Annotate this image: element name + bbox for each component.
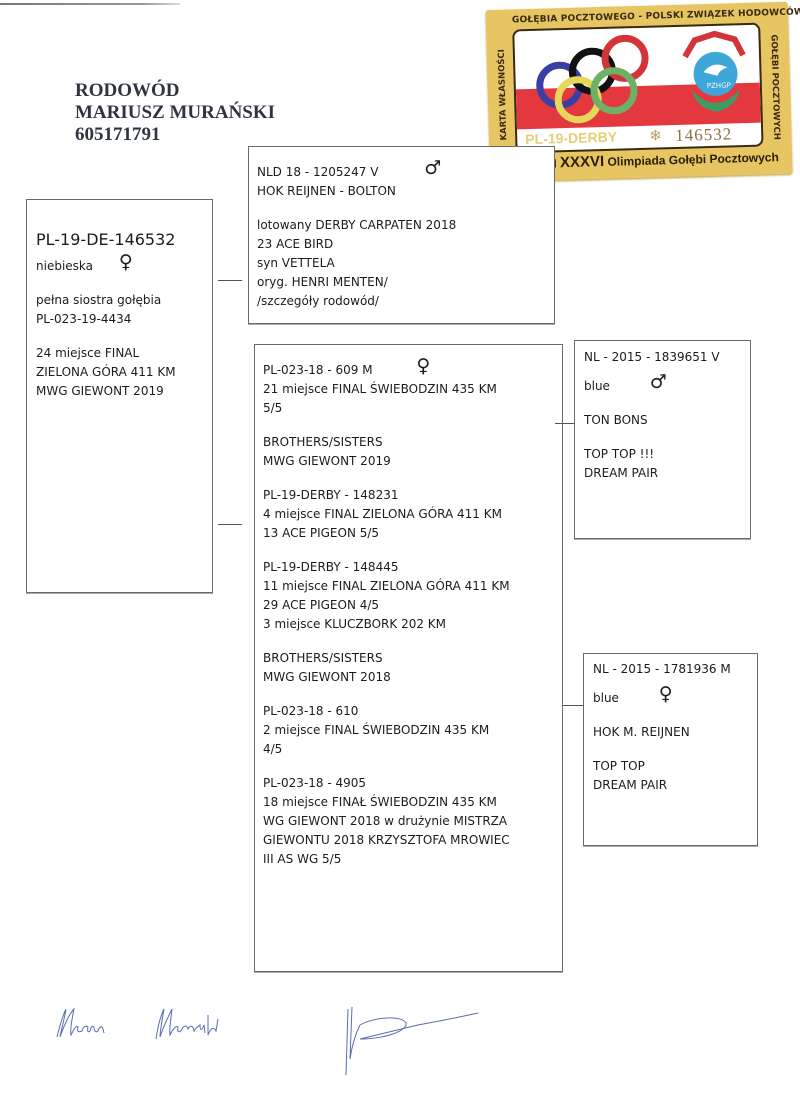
dam-sire-color-row: blue ♂ — [584, 375, 750, 396]
pigeon-box: PL-19-DE-146532 niebieska ♀ pełna siostr… — [26, 199, 213, 593]
note-line: GIEWONTU 2018 KRZYSZTOFA MROWIEC — [263, 831, 562, 850]
note-line: MWG GIEWONT 2019 — [263, 452, 562, 471]
connector-dam-dam — [563, 705, 583, 706]
note-line: MWG GIEWONT 2019 — [36, 382, 212, 401]
female-symbol-icon: ♀ — [659, 685, 673, 704]
paragraph-gap — [263, 543, 562, 558]
note-line: /szczegóły rodowód/ — [257, 292, 554, 311]
owner-name: MARIUSZ MURAŃSKI — [75, 102, 275, 124]
scan-edge-line — [0, 3, 180, 5]
note-line: oryg. HENRI MENTEN/ — [257, 273, 554, 292]
note-line: 29 ACE PIGEON 4/5 — [263, 596, 562, 615]
note-line: 2 miejsce FINAL ŚWIEBODZIN 435 KM — [263, 721, 562, 740]
note-line: ZIELONA GÓRA 411 KM — [36, 363, 212, 382]
female-symbol-icon: ♀ — [119, 253, 133, 272]
dam-box: PL-023-18 - 609 M ♀ 21 miejsce FINAL ŚWI… — [254, 344, 563, 972]
dam-dam-box: NL - 2015 - 1781936 M blue ♀ HOK M. REIJ… — [583, 653, 758, 846]
dam-sire-ring: NL - 2015 - 1839651 V — [584, 348, 750, 367]
note-line: TON BONS — [584, 411, 750, 430]
paragraph-gap — [263, 634, 562, 649]
note-line: 5/5 — [263, 399, 562, 418]
note-line: 4/5 — [263, 740, 562, 759]
card-side-right-text: GOŁĘBI POCZTOWYCH — [768, 22, 782, 152]
note-line: TOP TOP — [593, 757, 757, 776]
male-symbol-icon: ♂ — [424, 159, 441, 178]
document-header: RODOWÓD MARIUSZ MURAŃSKI 605171791 — [75, 80, 275, 146]
card-serial-number: 146532 — [675, 124, 733, 146]
dam-dam-color: blue — [593, 691, 619, 705]
note-line: DREAM PAIR — [584, 464, 750, 483]
note-line: WG GIEWONT 2018 w drużynie MISTRZA — [263, 812, 562, 831]
paragraph-gap — [263, 471, 562, 486]
card-side-left-text: KARTA WŁASNOŚCI — [496, 30, 510, 160]
note-line: 24 miejsce FINAL — [36, 344, 212, 363]
note-line: lotowany DERBY CARPATEN 2018 — [257, 216, 554, 235]
note-line: MWG GIEWONT 2018 — [263, 668, 562, 687]
sire-box: NLD 18 - 1205247 V ♂ HOK REIJNEN - BOLTO… — [248, 146, 555, 324]
dam-sire-color: blue — [584, 379, 610, 393]
male-symbol-icon: ♂ — [650, 373, 667, 392]
note-line: 13 ACE PIGEON 5/5 — [263, 524, 562, 543]
note-line: 3 miejsce KLUCZBORK 202 KM — [263, 615, 562, 634]
dam-dam-color-row: blue ♀ — [593, 687, 757, 708]
note-line: 11 miejsce FINAL ZIELONA GÓRA 411 KM — [263, 577, 562, 596]
note-line: PL-19-DERBY - 148231 — [263, 486, 562, 505]
dam-ring-row: PL-023-18 - 609 M ♀ — [263, 359, 562, 380]
connector-dam-sire — [555, 423, 574, 424]
snowflake-icon: ❄ — [649, 126, 662, 145]
card-ring-code: PL-19-DERBY — [525, 129, 617, 148]
connector-dam — [218, 524, 242, 525]
paragraph-gap — [584, 430, 750, 445]
connector-sire — [218, 280, 242, 281]
event-roman-numeral: XXXVI — [560, 153, 605, 171]
dam-ring: PL-023-18 - 609 M — [263, 363, 373, 377]
paragraph-gap — [593, 742, 757, 757]
note-line: TOP TOP !!! — [584, 445, 750, 464]
female-symbol-icon: ♀ — [416, 357, 430, 376]
pigeon-ring: PL-19-DE-146532 — [36, 230, 212, 249]
note-line: 21 miejsce FINAL ŚWIEBODZIN 435 KM — [263, 380, 562, 399]
dam-sire-notes: TON BONSTOP TOP !!!DREAM PAIR — [584, 411, 750, 483]
card-panel: PZHGP PL-19-DERBY ❄ 146532 — [512, 23, 763, 154]
second-signature-icon — [346, 1007, 478, 1075]
sire-ring: NLD 18 - 1205247 V — [257, 165, 378, 179]
dam-dam-notes: HOK M. REIJNENTOP TOPDREAM PAIR — [593, 723, 757, 795]
dam-dam-ring: NL - 2015 - 1781936 M — [593, 660, 757, 679]
dam-sire-box: NL - 2015 - 1839651 V blue ♂ TON BONSTOP… — [574, 340, 751, 539]
note-line: PL-023-18 - 610 — [263, 702, 562, 721]
note-line: BROTHERS/SISTERS — [263, 649, 562, 668]
note-line: III AS WG 5/5 — [263, 850, 562, 869]
card-header-text: GOŁĘBIA POCZTOWEGO - POLSKI ZWIĄZEK HODO… — [512, 7, 800, 25]
note-line: 18 miejsce FINAŁ ŚWIEBODZIN 435 KM — [263, 793, 562, 812]
note-line: PL-023-19-4434 — [36, 310, 212, 329]
sire-ring-row: NLD 18 - 1205247 V ♂ — [257, 161, 554, 182]
note-line: HOK REIJNEN - BOLTON — [257, 182, 554, 201]
svg-text:PZHGP: PZHGP — [707, 81, 731, 90]
signature-area — [30, 995, 500, 1085]
sire-notes: HOK REIJNEN - BOLTONlotowany DERBY CARPA… — [257, 182, 554, 311]
paragraph-gap — [263, 687, 562, 702]
pzhgp-logo-icon: PZHGP — [684, 33, 744, 113]
note-line: 4 miejsce FINAL ZIELONA GÓRA 411 KM — [263, 505, 562, 524]
note-line: BROTHERS/SISTERS — [263, 433, 562, 452]
paragraph-gap — [263, 418, 562, 433]
note-line: PL-023-18 - 4905 — [263, 774, 562, 793]
note-line: PL-19-DERBY - 148445 — [263, 558, 562, 577]
note-line: 23 ACE BIRD — [257, 235, 554, 254]
note-line: DREAM PAIR — [593, 776, 757, 795]
pigeon-notes: pełna siostra gołębiaPL-023-19-443424 mi… — [36, 291, 212, 401]
owner-signature-icon — [57, 1009, 218, 1039]
paragraph-gap — [36, 329, 212, 344]
note-line: syn VETTELA — [257, 254, 554, 273]
note-line: pełna siostra gołębia — [36, 291, 212, 310]
owner-phone: 605171791 — [75, 124, 275, 146]
pigeon-color: niebieska — [36, 259, 93, 273]
document-title: RODOWÓD — [75, 80, 275, 102]
note-line: HOK M. REIJNEN — [593, 723, 757, 742]
dam-notes: 21 miejsce FINAL ŚWIEBODZIN 435 KM5/5BRO… — [263, 380, 562, 869]
paragraph-gap — [263, 759, 562, 774]
pigeon-color-row: niebieska ♀ — [36, 255, 212, 276]
paragraph-gap — [257, 201, 554, 216]
